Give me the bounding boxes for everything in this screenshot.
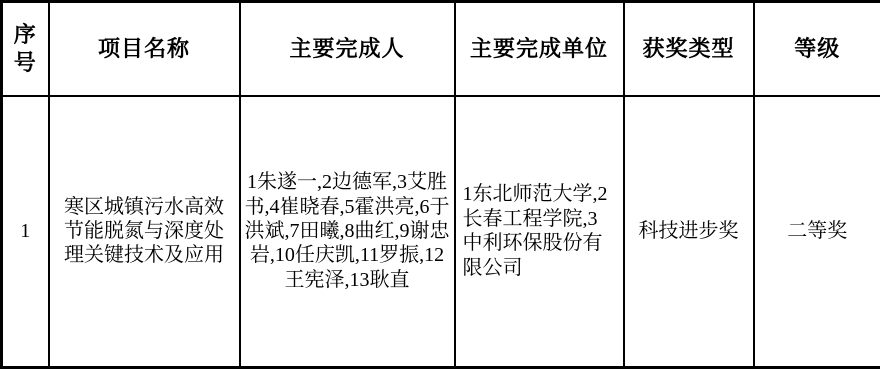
awards-table: 序号 项目名称 主要完成人 主要完成单位 获奖类型 等级 1 寒区城镇污水高效节… [0, 0, 880, 369]
header-cell-award-type: 获奖类型 [624, 2, 754, 96]
cell-index: 1 [2, 96, 49, 368]
header-cell-organizations: 主要完成单位 [455, 2, 624, 96]
cell-award-type: 科技进步奖 [624, 96, 754, 368]
cell-grade: 二等奖 [754, 96, 880, 368]
header-cell-project-name: 项目名称 [49, 2, 240, 96]
cell-contributors: 1朱遂一,2边德军,3艾胜书,4崔晓春,5霍洪亮,6于洪斌,7田曦,8曲红,9谢… [240, 96, 455, 368]
table-header-row: 序号 项目名称 主要完成人 主要完成单位 获奖类型 等级 [2, 2, 880, 96]
header-cell-grade: 等级 [754, 2, 880, 96]
cell-organizations: 1东北师范大学,2长春工程学院,3中利环保股份有限公司 [455, 96, 624, 368]
document-page: 序号 项目名称 主要完成人 主要完成单位 获奖类型 等级 1 寒区城镇污水高效节… [0, 0, 880, 369]
table-row: 1 寒区城镇污水高效节能脱氮与深度处理关键技术及应用 1朱遂一,2边德军,3艾胜… [2, 96, 880, 368]
cell-project-name: 寒区城镇污水高效节能脱氮与深度处理关键技术及应用 [49, 96, 240, 368]
header-cell-index: 序号 [2, 2, 49, 96]
header-cell-contributors: 主要完成人 [240, 2, 455, 96]
